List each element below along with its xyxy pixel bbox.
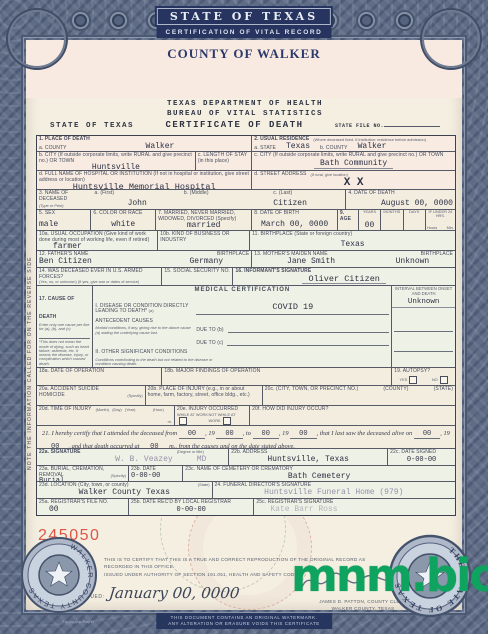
- sex-cell: 5. SEX male: [37, 210, 91, 230]
- mother-name-value: Jane Smith: [254, 258, 368, 266]
- medical-certification-cell: MEDICAL CERTIFICATION I. DISEASE OR COND…: [93, 286, 392, 367]
- county-seal: WALKER COUNTY TEXAS: [20, 536, 98, 614]
- date-signed-cell: 22c. DATE SIGNED 0-00-00: [388, 449, 455, 465]
- place-city-value: Huntsville: [39, 164, 193, 170]
- place-of-injury-cell: 20b. PLACE OF INJURY (e.g., in or about …: [146, 386, 263, 405]
- place-of-death-cell: 1. PLACE OF DEATH a. COUNTY Walker: [37, 136, 252, 151]
- date-signed-value: 0-00-00: [390, 457, 453, 464]
- state-banner: STATE OF TEXAS: [157, 8, 331, 25]
- border-medallion-icon: [112, 14, 125, 27]
- certificate-title: CERTIFICATE OF DEATH: [165, 120, 303, 130]
- burial-date-value: 0-00-00: [131, 473, 180, 480]
- hospital-cell: d. FULL NAME OF HOSPITAL OR INSTITUTION …: [37, 171, 252, 189]
- time-of-injury-cell: 20d. TIME OF INJURY (Month) (Day) (Year)…: [37, 406, 175, 425]
- occupation-value: farmer: [39, 243, 96, 250]
- industry-cell: 10b. KIND OF BUSINESS OR INDUSTRY: [158, 231, 250, 250]
- burial-date-cell: 23b. DATE 0-00-00: [129, 466, 183, 481]
- not-while-at-work-checkbox: [223, 417, 231, 425]
- armed-forces-cell: 14. WAS DECEASED EVER IN U.S. ARMED FORC…: [37, 268, 162, 285]
- registrar-signature-cell: 25c. REGISTRAR'S SIGNATURE Kate Barr Ros…: [254, 499, 455, 515]
- mother-cell: 13. MOTHER'S MAIDEN NAME Jane Smith BIRT…: [252, 251, 455, 267]
- funeral-director-cell: 24. FUNERAL DIRECTOR'S SIGNATURE Huntsvi…: [213, 482, 455, 498]
- autopsy-yes-checkbox: [409, 376, 417, 384]
- name-of-deceased-cell: 3. NAME OF DECEASED (Type or Print) a. (…: [37, 190, 346, 209]
- accident-cell: 20a. ACCIDENT SUICIDE HOMICIDE (Specify): [37, 386, 146, 405]
- mother-birthplace-value: Unknown: [372, 258, 453, 266]
- burial-value: Burial: [39, 478, 126, 481]
- interval-cell: INTERVAL BETWEEN ONSET AND DEATH Unknown: [392, 286, 455, 367]
- death-certificate: STATE OF TEXAS CERTIFICATION OF VITAL RE…: [0, 0, 488, 634]
- burial-cell: 23a. BURIAL, CREMATION, REMOVAL (Specify…: [37, 466, 129, 481]
- age-cell: 9. AGE YEARS 00 MONTHS DAYS IF UNDER 24 …: [338, 210, 455, 230]
- marital-cell: 7. MARRIED, NEVER MARRIED, WIDOWED, DIVO…: [156, 210, 252, 230]
- banknote-paper-note: Banknote Paper: [62, 620, 95, 624]
- registrar-file-value: 00: [39, 506, 126, 514]
- county-heading: COUNTY OF WALKER: [0, 46, 488, 62]
- cemetery-value: Bath Cemetery: [185, 473, 453, 481]
- father-name-value: Ben Citizen: [39, 258, 159, 266]
- residence-city-cell: c. CITY (If outside corporate limits, wr…: [252, 152, 455, 170]
- autopsy-cell: 19. AUTOPSY? YES NO: [392, 368, 455, 385]
- usual-residence-cell: 2. USUAL RESIDENCE (Where deceased lived…: [252, 136, 455, 151]
- occupation-cell: 10a. USUAL OCCUPATION (Give kind of work…: [37, 231, 158, 250]
- physician-signature-value: W. B. Veazey: [115, 456, 173, 464]
- operation-findings-cell: 18b. MAJOR FINDINGS OF OPERATION: [162, 368, 392, 385]
- place-city-cell: b. CITY (If outside corporate limits, wr…: [37, 152, 196, 170]
- dept-title: TEXAS DEPARTMENT OF HEALTH: [36, 99, 454, 109]
- place-county-value: Walker: [140, 143, 181, 151]
- border-medallion-icon: [398, 14, 411, 27]
- last-name-value: Citizen: [273, 200, 343, 208]
- date-of-death-cell: 4. DATE OF DEATH August 00, 0000: [346, 190, 455, 209]
- residence-state-value: Texas: [280, 143, 316, 151]
- cemetery-cell: 23c. NAME OF CEMETERY OR CREMATORY Bath …: [183, 466, 455, 481]
- registrar-signature-value: Kate Barr Ross: [256, 506, 453, 514]
- father-birthplace-value: Germany: [163, 258, 249, 266]
- physician-address-value: Huntsville, Texas: [231, 456, 385, 464]
- degree-value: MD: [177, 456, 227, 464]
- bureau-title: BUREAU OF VITAL STATISTICS: [36, 109, 454, 119]
- residence-county-value: Walker: [352, 143, 393, 151]
- reverse-side-note: NOTE THE INFORMATION CALLED FOR ON THE R…: [27, 140, 33, 470]
- form-header: TEXAS DEPARTMENT OF HEALTH BUREAU OF VIT…: [36, 99, 454, 130]
- informant-value: Oliver Citizen: [302, 275, 385, 285]
- date-of-death-value: August 00, 0000: [348, 200, 453, 208]
- date-issued-value: January 00, 0000: [108, 584, 240, 602]
- race-cell: 6. COLOR OR RACE white: [91, 210, 156, 230]
- certificate-form: 1. PLACE OF DEATH a. COUNTY Walker 2. US…: [36, 135, 456, 516]
- vital-record-band: CERTIFICATION OF VITAL RECORD: [157, 27, 332, 38]
- physician-address-cell: 22b. ADDRESS Huntsville, Texas: [229, 449, 388, 465]
- date-of-birth-value: March 00, 0000: [254, 221, 335, 229]
- burial-location-cell: 23d. LOCATION (City, town, or county) (S…: [37, 482, 213, 498]
- watermark-warning-band: THIS DOCUMENT CONTAINS AN ORIGINAL WATER…: [156, 613, 332, 629]
- funeral-director-value: Huntsville Funeral Home (979): [215, 489, 453, 497]
- father-cell: 12. FATHER'S NAME Ben Citizen BIRTHPLACE…: [37, 251, 252, 267]
- watermark: mnm.bio: [291, 549, 488, 602]
- state-label: STATE OF TEXAS: [50, 122, 134, 130]
- age-years-value: 00: [360, 222, 379, 230]
- injury-city-cell: 20c. (CITY, TOWN, OR PRECINCT NO.) (COUN…: [263, 386, 455, 405]
- registrar-date-cell: 25b. DATE REC'D BY LOCAL REGISTRAR 0-00-…: [129, 499, 254, 515]
- marital-value: married: [158, 222, 249, 230]
- injury-occurred-cell: 20e. INJURY OCCURRED WHILE AT WORK NOT W…: [175, 406, 250, 425]
- sex-value: male: [39, 221, 88, 229]
- birthplace-cell: 11. BIRTHPLACE (State or foreign country…: [250, 231, 455, 250]
- hospital-value: Huntsville Memorial Hospital: [39, 183, 249, 189]
- physician-signature-cell: 22a. SIGNATURE W. B. Veazey (Degree or t…: [37, 449, 229, 465]
- street-address-value: X X: [254, 178, 453, 189]
- border-medallion-icon: [360, 14, 373, 27]
- birthplace-value: Texas: [252, 241, 453, 249]
- operation-date-cell: 18a. DATE OF OPERATION: [37, 368, 162, 385]
- race-value: white: [93, 221, 153, 229]
- certify-statement-cell: 21. I hereby certify that I attended the…: [37, 426, 455, 448]
- cause-of-death-value: COVID 19: [272, 302, 313, 312]
- ssn-cell: 15. SOCIAL SECURITY NO.: [162, 268, 233, 285]
- burial-location-value: Walker County Texas: [39, 489, 210, 497]
- autopsy-no-checkbox: [440, 376, 448, 384]
- residence-city-value: Bath Community: [314, 160, 393, 169]
- length-of-stay-cell: c. LENGTH OF STAY (in this place): [196, 152, 252, 170]
- state-file-no-label: STATE FILE NO.: [335, 123, 440, 129]
- border-medallion-icon: [74, 14, 87, 27]
- cause-of-death-sidebar: 17. CAUSE OF DEATH Enter only one cause …: [37, 286, 93, 367]
- medical-certification-title: MEDICAL CERTIFICATION: [95, 287, 389, 294]
- how-injury-cell: 20f. HOW DID INJURY OCCUR?: [250, 406, 455, 425]
- while-at-work-checkbox: [179, 417, 187, 425]
- first-name-value: John: [94, 200, 179, 208]
- informant-cell: 16. INFORMANT'S SIGNATURE Oliver Citizen: [233, 268, 455, 285]
- date-of-birth-cell: 8. DATE OF BIRTH March 00, 0000: [252, 210, 338, 230]
- registrar-file-cell: 25a. REGISTRAR'S FILE NO. 00: [37, 499, 129, 515]
- registrar-date-value: 0-00-00: [131, 507, 251, 514]
- interval-value: Unknown: [392, 299, 454, 308]
- street-address-cell: d. STREET ADDRESS (If rural, give locati…: [252, 171, 455, 189]
